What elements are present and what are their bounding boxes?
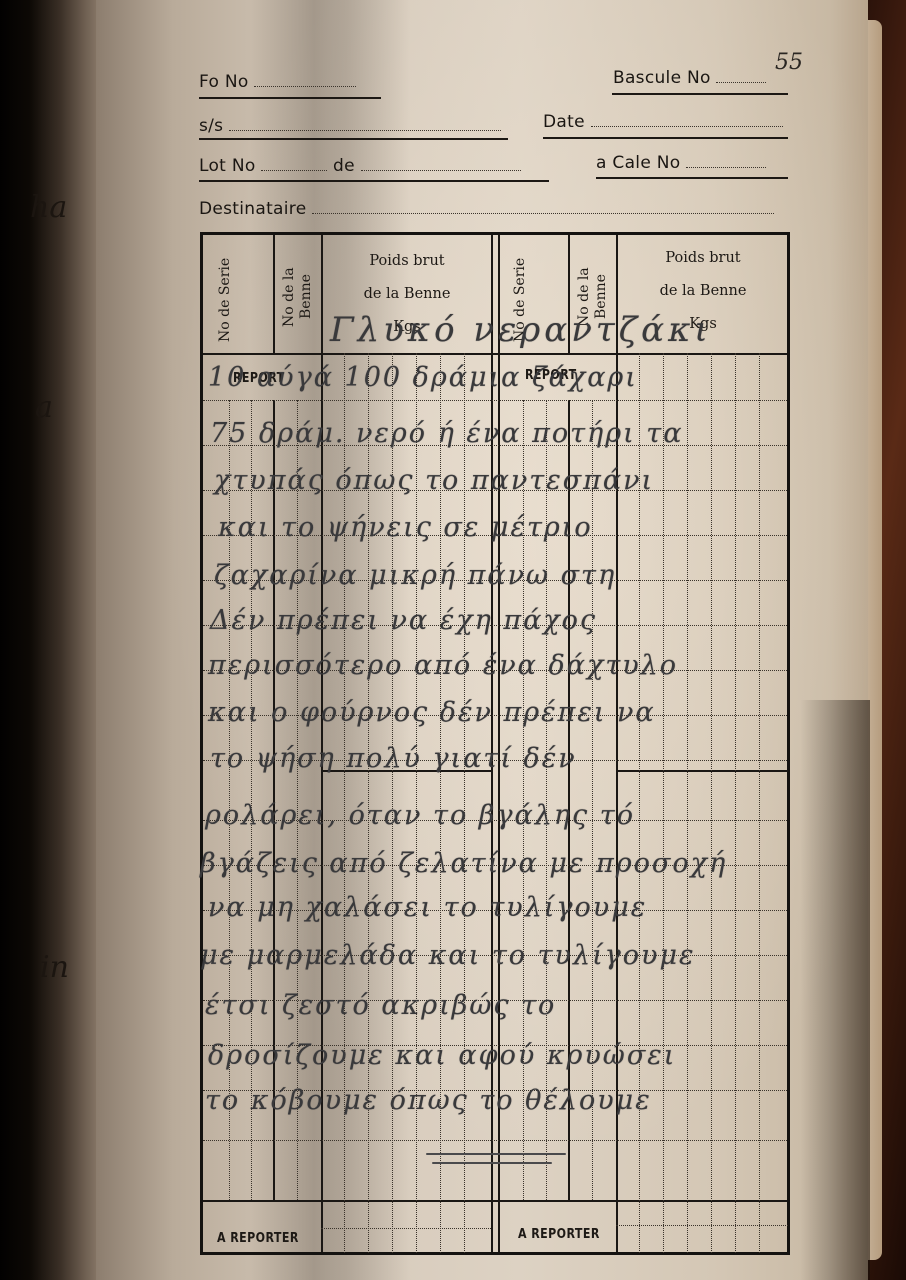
a-reporter-label-right: A REPORTER: [518, 1227, 600, 1242]
handwritten-line: να μη χαλάσει το τυλίγουμε: [208, 892, 647, 923]
date-field: Date: [543, 112, 783, 132]
cale-no-dots: [686, 155, 766, 168]
cale-no-label: a Cale No: [596, 153, 681, 173]
handwritten-line: ζαχαρίνα μικρή πάνω στη: [214, 560, 616, 591]
grid-dotted-h: [203, 400, 787, 401]
handwritten-line: το ψήση πολύ γιατί δέν: [210, 743, 577, 774]
lot-no-label: Lot No: [199, 156, 256, 176]
header-rule: [203, 353, 787, 355]
grid-dotted-v: [663, 353, 664, 1253]
ss-dots: [229, 118, 501, 131]
cale-no-rule: [596, 177, 788, 179]
handwritten-line: με μαρμελάδα και το τυλίγουμε: [200, 940, 696, 971]
ss-label: s/s: [199, 116, 223, 136]
date-label: Date: [543, 112, 585, 132]
destinataire-dots: [312, 201, 774, 214]
handwritten-line: έτσι ζεστό ακριβώς το: [205, 990, 556, 1021]
col-divider: [273, 235, 275, 353]
handwritten-line: 10 αύγά 100 δράμια ζάχαρι: [208, 362, 638, 393]
bascule-no-rule: [612, 93, 788, 95]
fo-no-label: Fo No: [199, 72, 249, 92]
col-header-benne: No de la Benne: [281, 247, 317, 347]
grid-dotted-v: [735, 353, 736, 1253]
bascule-no-label: Bascule No: [613, 68, 711, 88]
handwritten-line: ρολάρει, όταν το βγάλης τό: [205, 800, 635, 831]
previous-page-edge: ha a in: [0, 0, 100, 1280]
col-header-poids-line2: de la Benne: [323, 278, 491, 311]
handwritten-line: δροσίζουμε και αφού κρυώσει: [208, 1040, 676, 1071]
handwritten-line: βγάζεις από ζελατίνα με προσοχή: [200, 848, 727, 879]
ss-rule: [199, 138, 508, 140]
a-reporter-label-left: A REPORTER: [217, 1231, 299, 1246]
bascule-no-value: 55: [775, 50, 803, 75]
grid-dotted-h: [616, 1225, 788, 1226]
col-header-poids-line2: de la Benne: [618, 275, 788, 308]
previous-page-handwriting: in: [40, 950, 69, 985]
handwritten-line: Δέν πρέπει να έχη πάχος: [210, 605, 597, 636]
ss-field: s/s: [199, 116, 501, 136]
date-dots: [591, 114, 783, 127]
fo-no-field: Fo No: [199, 72, 356, 92]
cale-no-field: a Cale No: [596, 153, 766, 173]
lot-de-dots: [361, 158, 521, 171]
handwritten-end-flourish: [432, 1162, 552, 1164]
bascule-no-field: Bascule No: [613, 68, 766, 88]
handwritten-end-flourish: [426, 1153, 566, 1155]
fo-no-rule: [199, 97, 381, 99]
handwritten-line: περισσότερο από ένα δάχτυλο: [208, 650, 678, 681]
handwritten-line: 75 δράμ. νερό ή ένα ποτήρι τα: [210, 418, 683, 449]
bascule-no-dots: [716, 70, 766, 83]
handwritten-line: το κόβουμε όπως το θέλουμε: [205, 1085, 652, 1116]
lot-no-rule: [199, 180, 549, 182]
lot-de-label: de: [333, 156, 355, 176]
fo-no-dots: [254, 74, 356, 87]
handwritten-title: Γλυκό νεραντζάκι: [330, 310, 712, 350]
grid-dotted-h: [203, 1140, 787, 1141]
mid-rule-right: [616, 770, 788, 772]
col-header-serie: No de Serie: [217, 255, 257, 345]
handwritten-line: και ο φούρνος δέν πρέπει να: [208, 697, 656, 728]
previous-page-handwriting: a: [35, 390, 53, 425]
grid-dotted-v: [759, 353, 760, 1253]
footer-rule: [203, 1200, 787, 1202]
handwritten-line: χτυπάς όπως το παντεσπάνι: [214, 465, 654, 496]
lot-no-field: Lot No de: [199, 156, 521, 176]
lot-no-dots: [261, 158, 327, 171]
grid-dotted-v: [687, 353, 688, 1253]
col-header-poids-line1: Poids brut: [323, 245, 491, 278]
handwritten-line: και το ψήνεις σε μέτριο: [218, 512, 593, 543]
grid-dotted-v: [711, 353, 712, 1253]
destinataire-field: Destinataire: [199, 199, 774, 219]
date-rule: [543, 137, 788, 139]
col-header-poids-line1: Poids brut: [618, 242, 788, 275]
grid-dotted-h: [321, 1228, 491, 1229]
previous-page-handwriting: ha: [30, 190, 67, 225]
destinataire-label: Destinataire: [199, 199, 306, 219]
